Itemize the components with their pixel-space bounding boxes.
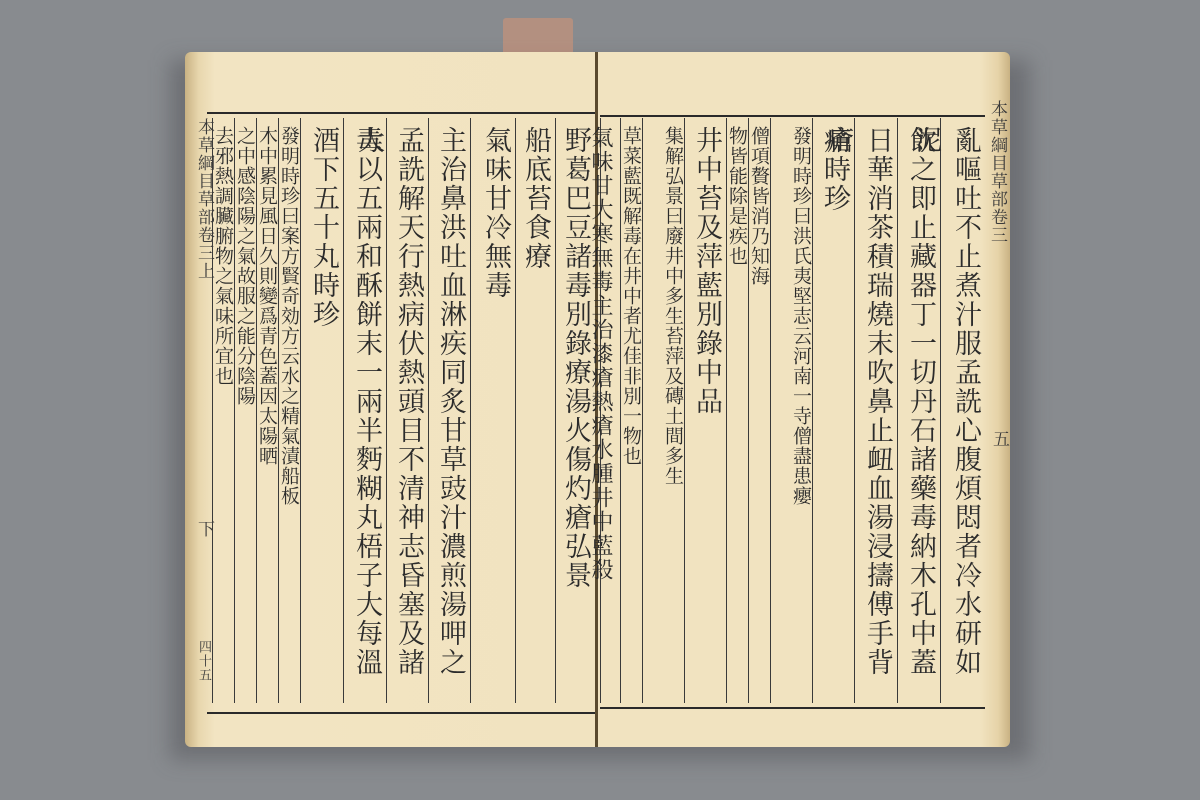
left-margin-bottom: 四十五 [194,640,213,682]
text-column: 發明時珍曰洪氏夷堅志云河南一寺僧盡患癭 [770,118,812,703]
text-column: 集解弘景曰廢井中多生苔萍及磚土間多生 [642,118,684,703]
right-margin-title: 本草綱目草部卷三 [985,100,1010,380]
text-column: 孟詵解天行熱病伏熱頭目不清神志昏塞及諸大 [386,118,428,703]
text-column: 物皆能除是疾也 [726,118,748,703]
text-column: 氣味甘冷無毒 [470,118,515,703]
text-column: 飲之即止藏器丁一切丹石諸藥毒納木孔中蓋 [897,118,940,703]
text-column: 船底苔食療 [515,118,555,703]
text-column: 酒下五十丸時珍 [300,118,343,703]
text-column: 痛時珍 [812,118,854,703]
text-column: 草菜藍既解毒在井中者尤佳非別一物也 [620,118,642,703]
text-column: 日華消茶積瑞燒末吹鼻止衄血湯浸擣傅手背瘡 [854,118,897,703]
text-column: 去邪熱調臟腑物之氣味所宜也 [212,118,234,703]
text-column: 氣味甘大寒無毒主治漆瘡熱瘡水腫井中藍殺 [600,118,620,703]
text-column: 主治鼻洪吐血淋疾同炙甘草豉汁濃煎湯呷之 [428,118,470,703]
text-column: 之中感陰陽之氣故服之能分陰陽 [234,118,256,703]
text-column: 木中累見風日久則變爲青色蓋因太陽晒 [256,118,278,703]
text-column: 僧項贅皆消乃知海 [748,118,770,703]
text-column: 井中苔及萍藍別錄中品 [684,118,726,703]
text-column: 毒以五兩和酥餅末一兩半麪糊丸梧子大每溫 [343,118,386,703]
right-margin-page: 五 [987,430,1012,448]
text-column: 亂嘔吐不止煮汁服孟詵心腹煩悶者冷水研如泥 [940,118,985,703]
text-column: 發明時珍曰案方賢奇効方云水之精氣漬船板 [278,118,300,703]
